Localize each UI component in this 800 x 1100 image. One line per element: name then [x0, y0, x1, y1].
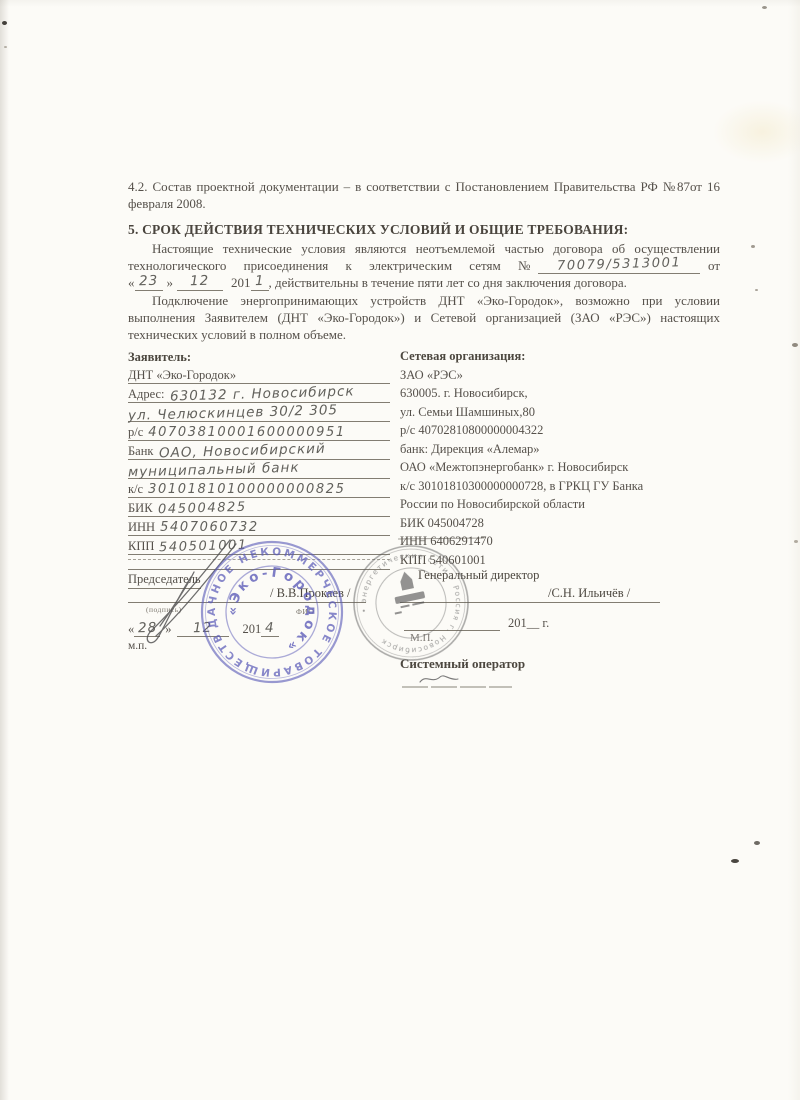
row-value-handwritten: муниципальный банк	[128, 460, 300, 481]
network-line: БИК 045004728	[400, 514, 720, 533]
day-handwritten: 28	[137, 620, 157, 637]
month-slot: 12	[177, 620, 229, 637]
year-slot: 4	[261, 620, 279, 637]
row-label: Банк	[128, 444, 154, 459]
scan-speck	[2, 21, 7, 25]
row-label: КПП	[128, 539, 154, 554]
director-date-row: 201__ г.	[404, 614, 549, 631]
applicant-row-street: ул. Челюскинцев 30/2 305	[128, 403, 390, 422]
director-date-slot	[404, 630, 500, 631]
network-line: к/с 30101810300000000728, в ГРКЦ ГУ Банк…	[400, 477, 720, 496]
month-handwritten: 12	[193, 620, 213, 637]
clause-line-3: « 23 » 12 201 1 , действительны в течени…	[128, 274, 720, 291]
row-label: ИНН	[128, 520, 155, 535]
sign-caption: (подпись)	[146, 605, 182, 614]
network-line-inn: ИНН 6406291470	[400, 532, 720, 551]
row-value-handwritten: 045004825	[157, 500, 246, 517]
row-value-handwritten: 540501001	[159, 538, 248, 555]
scan-speck	[751, 245, 755, 248]
network-line: банк: Дирекция «Алемар»	[400, 440, 720, 459]
contract-number-handwritten: 70079/5313001	[557, 255, 682, 273]
day-slot: 28	[134, 620, 160, 637]
applicant-row-rs: р/с 40703810001600000951	[128, 422, 390, 441]
applicant-name: ДНТ «Эко-Городок»	[128, 365, 390, 384]
applicant-row-inn: ИНН 5407060732	[128, 517, 390, 536]
director-year-text: 201__ г.	[508, 616, 549, 631]
scan-speck	[755, 289, 758, 291]
scanned-document-page: 4.2. Состав проектной документации – в с…	[0, 0, 800, 1100]
scan-speck	[754, 841, 760, 845]
chairman-signature-line: / В.В.Прокаев /	[128, 586, 366, 603]
network-line: ЗАО «РЭС»	[400, 366, 720, 385]
quote-close: »	[165, 622, 171, 637]
scan-speck	[762, 6, 767, 9]
row-value-handwritten: ул. Челюскинцев 30/2 305	[128, 402, 338, 424]
paragraph-4-2: 4.2. Состав проектной документации – в с…	[128, 178, 720, 212]
system-operator-title: Системный оператор	[400, 656, 525, 672]
seal-caption-right: М.П.	[410, 632, 433, 644]
applicant-row-address: Адрес: 630132 г. Новосибирск	[128, 384, 390, 403]
empty-underline-row	[128, 560, 390, 570]
contract-year-digit: 1	[254, 273, 264, 289]
row-label: к/с	[128, 482, 143, 497]
clause-line-2-ot: от	[708, 257, 720, 274]
network-line: ул. Семьи Шамшиных,80	[400, 403, 720, 422]
row-value-handwritten: ОАО, Новосибирский	[158, 441, 325, 462]
clause-line-3-rest: , действительны в течение пяти лет со дн…	[269, 274, 627, 291]
applicant-row-bank2: муниципальный банк	[128, 460, 390, 479]
network-header: Сетевая организация:	[400, 347, 720, 366]
row-value-handwritten: 30101810100000000825	[148, 482, 345, 497]
scan-speck	[4, 46, 7, 48]
scan-speck	[792, 343, 798, 347]
applicant-row-bank: Банк ОАО, Новосибирский	[128, 441, 390, 460]
network-column: Сетевая организация: ЗАО «РЭС» 630005. г…	[400, 347, 720, 569]
network-line: р/с 40702810800000004322	[400, 421, 720, 440]
clause-paragraph-2: Подключение энергопринимающих устройств …	[128, 292, 720, 343]
director-signature-line: /С.Н. Ильичёв /	[400, 586, 660, 603]
network-line: ОАО «Межтопэнергобанк» г. Новосибирск	[400, 458, 720, 477]
seal-caption-left: м.п.	[128, 640, 147, 652]
row-value-handwritten: 40703810001600000951	[148, 425, 345, 440]
contract-month: 12	[190, 273, 210, 290]
row-value-handwritten: 5407060732	[160, 520, 259, 535]
section-5-heading: 5. СРОК ДЕЙСТВИЯ ТЕХНИЧЕСКИХ УСЛОВИЙ И О…	[128, 222, 748, 238]
contract-year-slot: 1	[251, 272, 269, 291]
contract-month-slot: 12	[177, 272, 223, 291]
year-digit-handwritten: 4	[265, 620, 275, 636]
applicant-row-ks: к/с 30101810100000000825	[128, 479, 390, 498]
row-label: р/с	[128, 425, 143, 440]
applicant-row-kpp: КПП 540501001	[128, 536, 390, 555]
year-prefix: 201	[231, 274, 251, 291]
year-prefix: 201	[243, 622, 262, 637]
network-line: 630005. г. Новосибирск,	[400, 384, 720, 403]
fio-caption: ФИО	[296, 607, 314, 616]
operator-handwritten-signature	[402, 672, 522, 690]
scan-speck	[794, 540, 798, 543]
contract-day-slot: 23	[135, 272, 163, 291]
quote-close: »	[167, 274, 174, 291]
row-label: Адрес:	[128, 387, 165, 402]
network-line-kpp: КПП 540601001	[400, 551, 720, 570]
applicant-row-bik: БИК 045004825	[128, 498, 390, 517]
contract-day: 23	[139, 273, 159, 290]
applicant-column: Заявитель: ДНТ «Эко-Городок» Адрес: 6301…	[128, 347, 390, 570]
scan-speck	[731, 859, 739, 863]
row-label: БИК	[128, 501, 153, 516]
chairman-name: / В.В.Прокаев /	[270, 586, 351, 601]
applicant-header: Заявитель:	[128, 347, 390, 365]
chairman-date-row: « 28 » 12 201 4	[128, 620, 279, 637]
network-line: России по Новосибирской области	[400, 495, 720, 514]
clause-paragraph: Настоящие технические условия являются н…	[128, 240, 720, 291]
director-title: Генеральный директор	[418, 568, 539, 583]
contract-number-slot: 70079/5313001	[538, 255, 700, 274]
director-name: /С.Н. Ильичёв /	[548, 586, 630, 601]
